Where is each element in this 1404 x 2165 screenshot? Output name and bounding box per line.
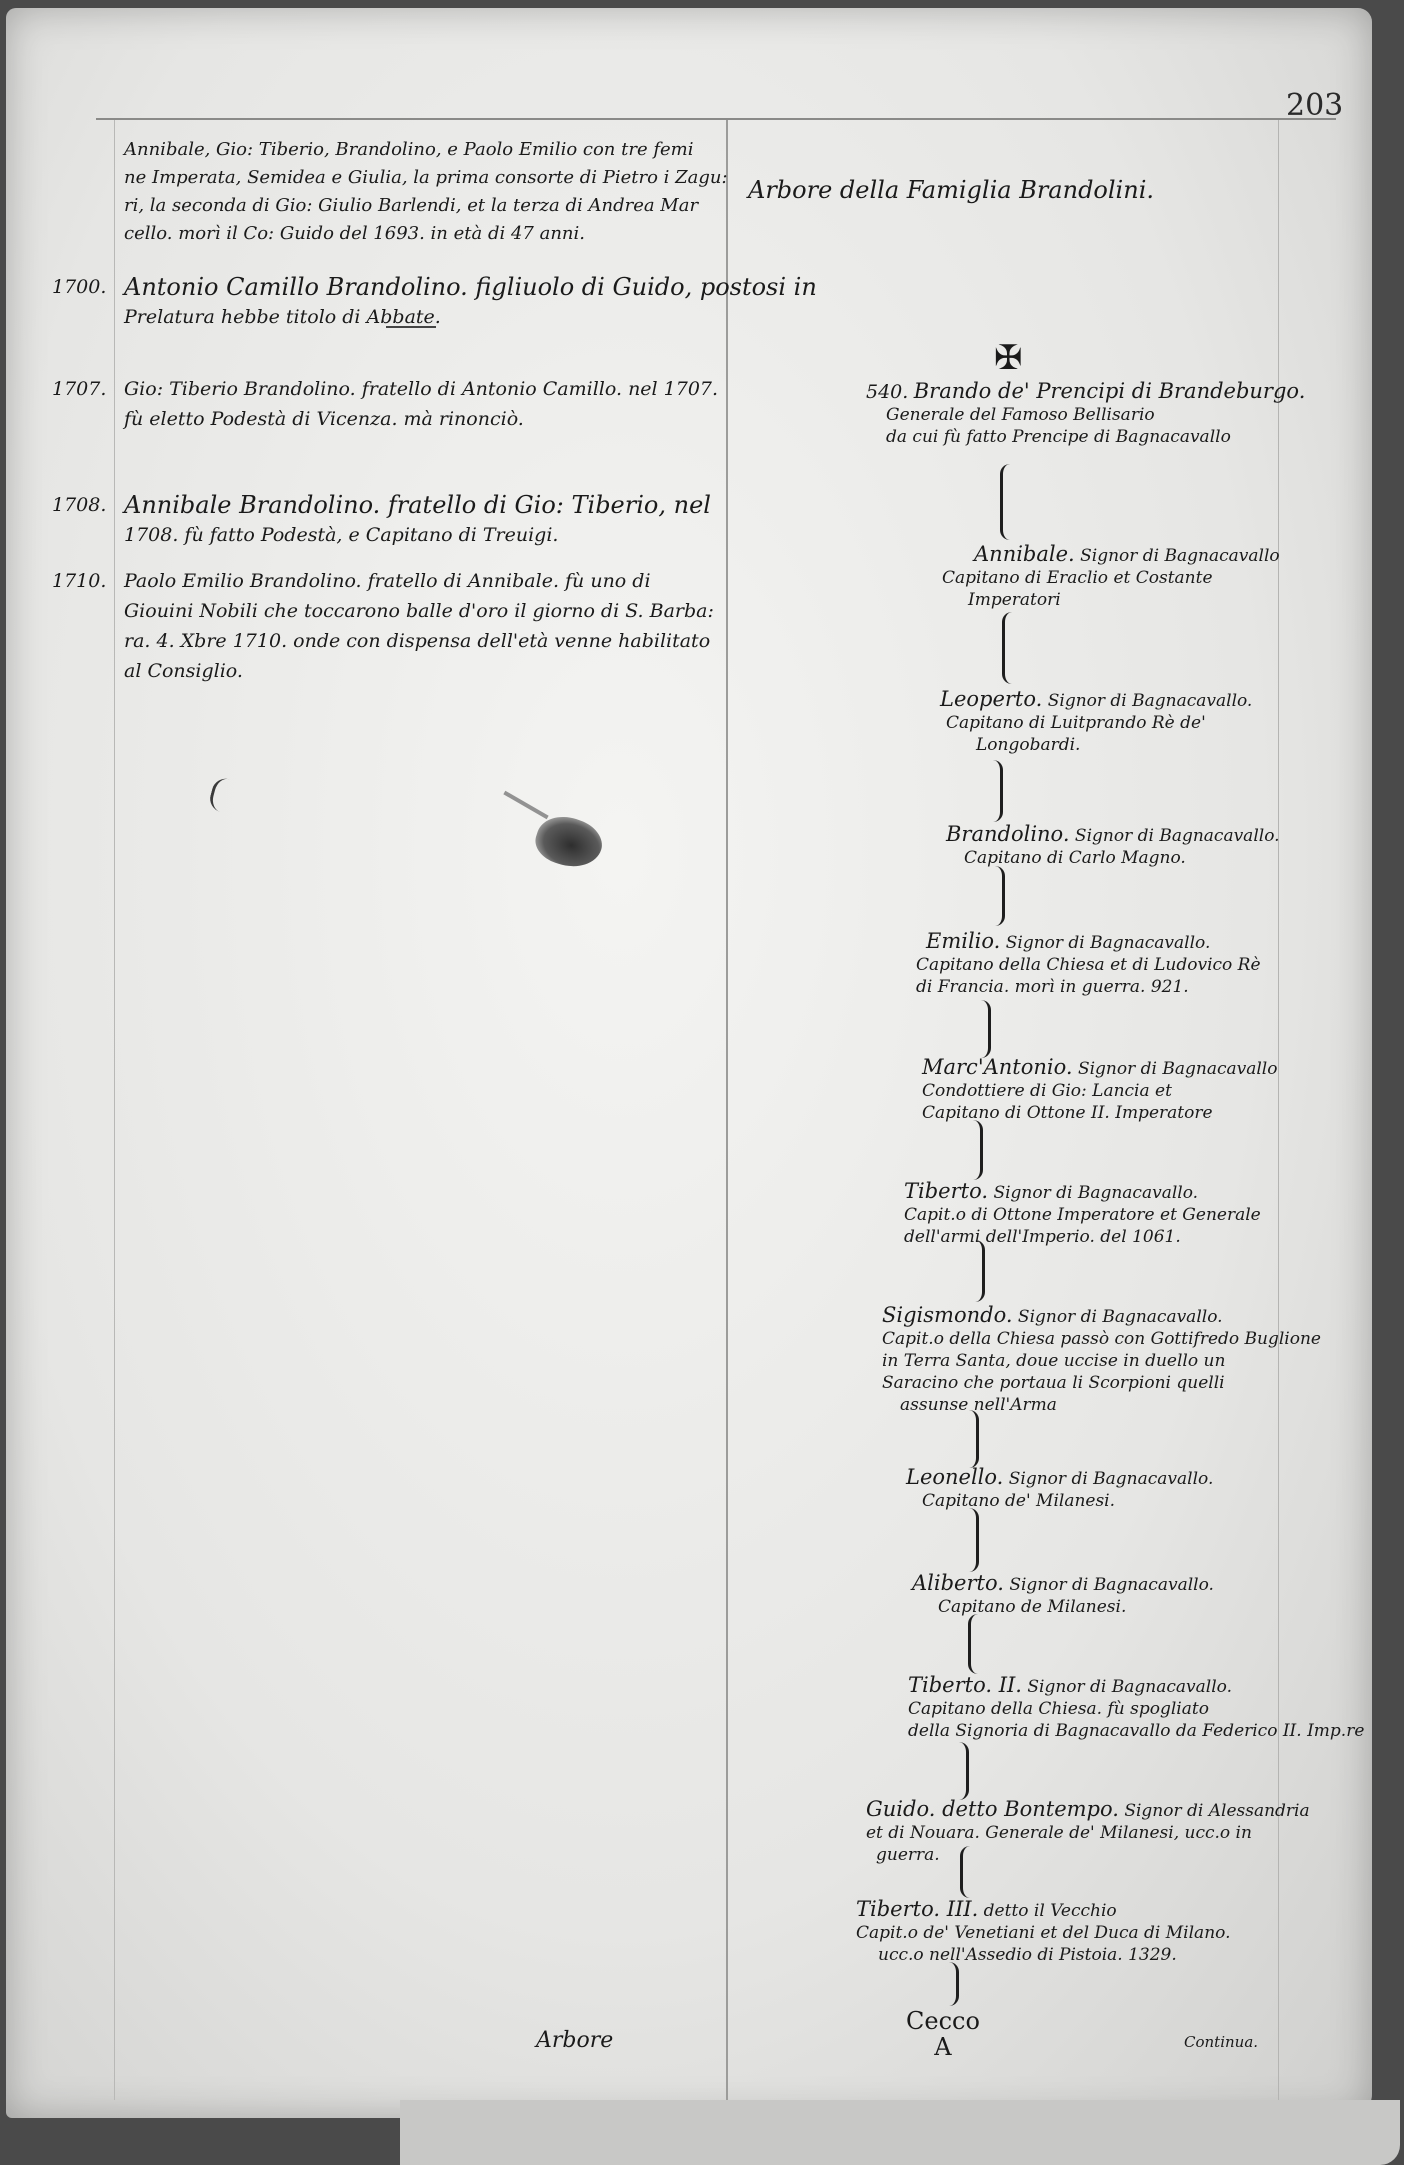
lineage-connector (948, 1742, 969, 1800)
node-title: detto il Vecchio (984, 1901, 1117, 1921)
entry-line: 1708. fù fatto Podestà, e Capitano di Tr… (124, 520, 711, 550)
lineage-connector (970, 1000, 991, 1058)
lineage-connector (1000, 464, 1021, 540)
tree-node: Emilio. Signor di Bagnacavallo. Capitano… (926, 930, 1261, 998)
page-edge (400, 2100, 1400, 2165)
node-line: Generale del Famoso Bellisario (866, 404, 1305, 426)
lineage-connector (938, 1962, 959, 2006)
tree-node: Tiberto. II. Signor di Bagnacavallo. Cap… (908, 1674, 1364, 1742)
entry-year: 1707. (52, 374, 106, 404)
manuscript-page: 203 Annibale, Gio: Tiberio, Brandolino, … (6, 8, 1372, 2118)
node-line: dell'armi dell'Imperio. del 1061. (904, 1226, 1261, 1248)
catchword-right: Continua. (1184, 2033, 1258, 2051)
catchword-left: Arbore (536, 2028, 613, 2053)
node-name: Annibale. (974, 542, 1075, 566)
left-margin-rule (114, 120, 115, 2100)
node-name: Brandolino. (946, 822, 1070, 846)
node-name: Tiberto. (904, 1179, 988, 1203)
lineage-connector (962, 1120, 983, 1180)
node-name: Guido. detto Bontempo. (866, 1797, 1119, 1821)
node-line: Saracino che portaua li Scorpioni quelli (882, 1372, 1321, 1394)
entry-line: Paolo Emilio Brandolino. fratello di Ann… (124, 566, 714, 596)
node-line: della Signoria di Bagnacavallo da Federi… (908, 1720, 1364, 1742)
top-margin-rule (96, 118, 1336, 120)
chronicle-entry: 1707. Gio: Tiberio Brandolino. fratello … (124, 374, 718, 434)
tree-node: Tiberto. Signor di Bagnacavallo. Capit.o… (904, 1180, 1261, 1248)
entry-line: Annibale, Gio: Tiberio, Brandolino, e Pa… (124, 136, 728, 164)
entry-year: 1710. (52, 566, 106, 596)
node-name: Emilio. (926, 929, 1000, 953)
tree-node: Sigismondo. Signor di Bagnacavallo. Capi… (882, 1304, 1321, 1416)
entry-line: ne Imperata, Semidea e Giulia, la prima … (124, 164, 728, 192)
node-line: Condottiere di Gio: Lancia et (922, 1080, 1277, 1102)
column-divider-rule (726, 120, 728, 2100)
node-line: Capitano della Chiesa. fù spogliato (908, 1698, 1364, 1720)
node-line: guerra. (866, 1844, 1310, 1866)
node-name: Tiberto. II. (908, 1673, 1022, 1697)
node-title: Signor di Bagnacavallo. (1009, 1575, 1214, 1595)
node-line: Imperatori (968, 589, 1280, 611)
tree-node: Brandolino. Signor di Bagnacavallo. Capi… (946, 823, 1280, 869)
node-title: Signor di Bagnacavallo. (1048, 691, 1253, 711)
node-name: Aliberto. (912, 1571, 1004, 1595)
node-line: assunse nell'Arma (882, 1394, 1321, 1416)
node-title: Signor di Bagnacavallo. (1006, 933, 1211, 953)
page-number: 203 (1286, 88, 1343, 123)
node-name: Leonello. (906, 1465, 1003, 1489)
entry-line: fù eletto Podestà di Vicenza. mà rinonci… (124, 404, 718, 434)
tree-node: Annibale. Signor di Bagnacavallo Capitan… (974, 543, 1280, 611)
lineage-connector (968, 1614, 989, 1674)
entry-line: Annibale Brandolino. fratello di Gio: Ti… (124, 490, 711, 520)
node-title: Signor di Bagnacavallo. (1009, 1469, 1214, 1489)
ink-smear (503, 791, 548, 819)
chronicle-entry: 1710. Paolo Emilio Brandolino. fratello … (124, 566, 714, 686)
lineage-connector (984, 866, 1005, 926)
ink-blot (530, 809, 608, 875)
chronicle-entry: 1700. Antonio Camillo Brandolino. figliu… (124, 272, 817, 332)
node-line: Longobardi. (940, 734, 1252, 756)
stray-ink-mark (207, 776, 238, 815)
node-name: Brando de' Prencipi di Brandeburgo. (914, 379, 1306, 403)
lineage-connector (982, 760, 1003, 822)
chronicle-entry: Annibale, Gio: Tiberio, Brandolino, e Pa… (124, 136, 728, 248)
family-tree-title: Arbore della Famiglia Brandolini. (748, 176, 1154, 204)
node-line: in Terra Santa, doue uccise in duello un (882, 1350, 1321, 1372)
node-name: Tiberto. III. (856, 1897, 978, 1921)
lineage-connector (958, 1410, 979, 1468)
entry-year: 1700. (52, 272, 106, 302)
node-year: 540. (866, 381, 908, 403)
tree-node: Marc'Antonio. Signor di Bagnacavallo Con… (922, 1056, 1277, 1124)
tree-node: Leoperto. Signor di Bagnacavallo. Capita… (940, 688, 1252, 756)
node-line: Capit.o della Chiesa passò con Gottifred… (882, 1328, 1321, 1350)
lineage-connector (960, 1846, 981, 1898)
node-line: Capitano de Milanesi. (912, 1596, 1214, 1618)
node-line: da cui fù fatto Prencipe di Bagnacavallo (866, 426, 1305, 448)
tree-node: Aliberto. Signor di Bagnacavallo. Capita… (912, 1572, 1214, 1618)
node-title: Signor di Bagnacavallo (1080, 546, 1280, 566)
node-line: Capitano della Chiesa et di Ludovico Rè (916, 954, 1261, 976)
node-line: Capitano de' Milanesi. (906, 1490, 1213, 1512)
cross-icon: ✠ (994, 338, 1023, 378)
entry-line: Giouini Nobili che toccarono balle d'oro… (124, 596, 714, 626)
entry-line: ra. 4. Xbre 1710. onde con dispensa dell… (124, 626, 714, 656)
lineage-connector (964, 1240, 985, 1302)
node-name: Sigismondo. (882, 1303, 1013, 1327)
continuation-name: Cecco (906, 2008, 980, 2034)
tree-node: 540. Brando de' Prencipi di Brandeburgo.… (866, 380, 1305, 448)
node-title: Signor di Bagnacavallo. (1018, 1307, 1223, 1327)
node-line: ucc.o nell'Assedio di Pistoia. 1329. (856, 1944, 1230, 1966)
node-line: di Francia. morì in guerra. 921. (916, 976, 1261, 998)
node-title: Signor di Bagnacavallo (1078, 1059, 1278, 1079)
entry-line: al Consiglio. (124, 656, 714, 686)
tree-continuation-name: Cecco A (906, 2008, 980, 2060)
entry-line: cello. morì il Co: Guido del 1693. in et… (124, 220, 728, 248)
node-line: Capit.o de' Venetiani et del Duca di Mil… (856, 1922, 1230, 1944)
node-name: Leoperto. (940, 687, 1042, 711)
entry-line: Prelatura hebbe titolo di Abbate. (124, 302, 817, 332)
tree-node: Tiberto. III. detto il Vecchio Capit.o d… (856, 1898, 1230, 1966)
entry-line: ri, la seconda di Gio: Giulio Barlendi, … (124, 192, 728, 220)
node-title: Signor di Bagnacavallo. (1027, 1677, 1232, 1697)
node-title: Signor di Bagnacavallo. (1075, 826, 1280, 846)
entry-line: Antonio Camillo Brandolino. figliuolo di… (124, 272, 817, 302)
lineage-connector (958, 1508, 979, 1572)
entry-year: 1708. (52, 490, 106, 520)
tree-node: Leonello. Signor di Bagnacavallo. Capita… (906, 1466, 1213, 1512)
node-name: Marc'Antonio. (922, 1055, 1073, 1079)
continuation-mark: A (906, 2034, 980, 2060)
chronicle-entry: 1708. Annibale Brandolino. fratello di G… (124, 490, 711, 550)
underline-mark (386, 326, 436, 328)
node-line: Capit.o di Ottone Imperatore et Generale (904, 1204, 1261, 1226)
lineage-connector (1002, 612, 1023, 684)
node-line: Capitano di Luitprando Rè de' (940, 712, 1252, 734)
node-title: Signor di Alessandria (1124, 1801, 1309, 1821)
node-title: Signor di Bagnacavallo. (993, 1183, 1198, 1203)
tree-node: Guido. detto Bontempo. Signor di Alessan… (866, 1798, 1310, 1866)
entry-line: Gio: Tiberio Brandolino. fratello di Ant… (124, 374, 718, 404)
node-line: Capitano di Eraclio et Costante (942, 567, 1280, 589)
node-line: et di Nouara. Generale de' Milanesi, ucc… (866, 1822, 1310, 1844)
